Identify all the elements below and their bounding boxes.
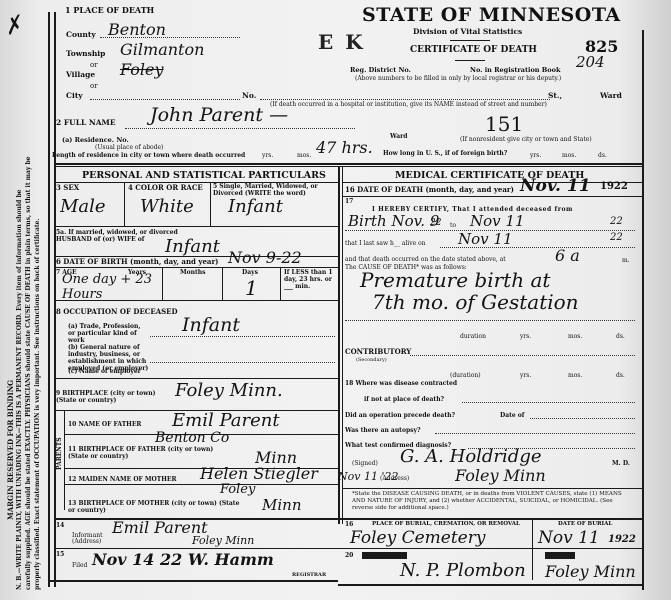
- secondary-label: (Secondary): [356, 357, 387, 364]
- filed-label: Filed: [72, 562, 87, 569]
- mother-birthplace-label: 13 BIRTHPLACE OF MOTHER (city or town) (…: [68, 500, 243, 514]
- margin-binding-note: MARGIN RESERVED FOR BINDING: [6, 380, 15, 520]
- mother-birthplace-city: Foley: [220, 482, 255, 497]
- rule: [54, 226, 338, 227]
- physician-address-value: Foley Minn: [455, 466, 546, 485]
- attended-to-value: Nov 11: [470, 212, 525, 230]
- undertaker-address-label: ADDRESS: [545, 552, 575, 559]
- father-birthplace-label: 11 BIRTHPLACE OF FATHER (city or town) (…: [68, 446, 228, 460]
- occupation-a-label: (a) Trade, Profession, or particular kin…: [68, 323, 143, 344]
- father-name-label: 10 NAME OF FATHER: [68, 421, 141, 428]
- mos-label: mos.: [568, 372, 582, 379]
- section-divider: [54, 166, 642, 167]
- division-title: Division of Vital Statistics: [413, 27, 522, 36]
- yrs-label: yrs.: [520, 333, 531, 340]
- rule: [342, 196, 642, 197]
- undertaker-label: UNDERTAKER: [362, 552, 407, 559]
- cause-of-death-line-1: Premature birth at: [360, 268, 550, 292]
- city-line: [90, 99, 240, 100]
- yrs-label: yrs.: [262, 152, 273, 159]
- residence-label: (a) Residence. No.: [62, 137, 129, 144]
- section-divider: [54, 163, 642, 165]
- informant-address-label: (Address): [72, 538, 101, 545]
- nonresident-note: (If nonresident give city or town and St…: [460, 136, 592, 143]
- contributory-line: [410, 355, 635, 356]
- county-label: County: [66, 30, 96, 39]
- margin-check-mark: ✗: [0, 12, 26, 42]
- ek-stamp: EK: [318, 30, 375, 54]
- rule: [54, 378, 338, 379]
- disease-contracted-label: 18 Where was disease contracted: [345, 380, 457, 387]
- death-time-value: 6 a: [555, 246, 580, 265]
- cell-divider: [532, 520, 533, 580]
- disease-contracted-line: [462, 402, 635, 403]
- cause-of-death-line-2: 7th mo. of Gestation: [372, 290, 579, 314]
- registration-book-number: 204: [576, 53, 605, 71]
- mos-label: mos.: [297, 152, 311, 159]
- cell-divider: [210, 182, 211, 226]
- contributory-label: CONTRIBUTORY: [345, 348, 411, 355]
- city-label: City: [66, 91, 83, 100]
- autopsy-label: Was there an autopsy?: [345, 427, 421, 434]
- hospital-note: (If death occurred in a hospital or inst…: [270, 101, 547, 108]
- mother-name-value: Helen Stiegler: [200, 464, 318, 483]
- rule: [54, 548, 642, 549]
- village-label: Village: [66, 70, 95, 79]
- operation-line: [530, 418, 635, 419]
- residence-sublabel: (Usual place of abode): [95, 144, 163, 151]
- dob-value: Nov 9-22: [228, 248, 302, 267]
- meridiem-label: m.: [622, 257, 630, 264]
- occupation-b-line: [150, 362, 335, 363]
- certificate-title: CERTIFICATE OF DEATH: [410, 45, 537, 55]
- operation-label: Did an operation precede death?: [345, 412, 455, 419]
- rule: [450, 40, 490, 41]
- rule: [342, 488, 642, 489]
- occupation-a-value: Infant: [182, 314, 240, 336]
- attended-from-year: 22: [430, 218, 441, 228]
- full-name-label: 2 FULL NAME: [56, 118, 116, 127]
- cause-line: [345, 320, 635, 321]
- street-line: [260, 99, 550, 100]
- date-of-death-label: 16 DATE OF DEATH (month, day, and year): [345, 186, 514, 193]
- cell-divider: [124, 182, 125, 226]
- occupation-label: 8 OCCUPATION OF DECEASED: [56, 308, 178, 315]
- county-value: Benton: [108, 20, 166, 39]
- or-label: or: [90, 82, 98, 90]
- number-label: No.: [242, 91, 256, 100]
- yrs-label: yrs.: [520, 372, 531, 379]
- spouse-value: Infant: [165, 236, 220, 257]
- rule: [64, 484, 338, 485]
- last-saw-label: that I last saw h__ alive on: [345, 240, 426, 247]
- reg-district-label: Reg. District No.: [350, 67, 411, 74]
- last-saw-value: Nov 11: [458, 230, 513, 248]
- rule: [342, 182, 642, 183]
- signed-label: (Signed): [352, 460, 378, 467]
- months-label: Months: [180, 269, 206, 276]
- birthplace-value: Foley Minn.: [175, 380, 283, 401]
- less-than-label: If LESS than 1 day, 23 hrs. or ___ min.: [284, 269, 336, 290]
- marital-label: 5 Single, Married, Widowed, or Divorced …: [213, 183, 337, 197]
- name-line: [125, 128, 355, 129]
- place-of-death-heading: 1 PLACE OF DEATH: [65, 5, 154, 15]
- reg-note: (Above numbers to be filled in only by l…: [355, 75, 561, 82]
- attended-from-value: Birth Nov. 9: [348, 212, 439, 230]
- margin-instructions-3: properly classified. Exact statement of …: [34, 218, 41, 590]
- margin-instructions-2: carefully supplied. AGE should be stated…: [25, 156, 32, 590]
- frame-right: [642, 30, 644, 590]
- filed-number: 15: [56, 551, 64, 558]
- frame-left-outer: [48, 12, 50, 587]
- cause-footnote: *State the DISEASE CAUSING DEATH, or in …: [352, 491, 634, 512]
- ds-label: ds.: [598, 152, 607, 159]
- duration-label: duration: [460, 333, 486, 340]
- burial-place-label: PLACE OF BURIAL, CREMATION, OR REMOVAL: [372, 521, 520, 528]
- sex-label: 3 SEX: [56, 184, 79, 191]
- mother-birthplace-state: Minn: [262, 496, 301, 514]
- parents-label: PARENTS: [56, 437, 63, 470]
- undertaker-address-value: Foley Minn: [545, 562, 636, 581]
- duration-label: (duration): [450, 372, 481, 379]
- ds-label: ds.: [616, 333, 625, 340]
- undertaker-signature: N. P. Plombon: [400, 560, 526, 581]
- mother-name-label: 12 MAIDEN NAME OF MOTHER: [68, 476, 176, 483]
- cell-divider: [280, 267, 281, 300]
- color-value: White: [140, 196, 194, 217]
- rule: [338, 584, 642, 586]
- physician-signature: G. A. Holdridge: [400, 446, 542, 467]
- item-17: 17: [345, 198, 353, 205]
- occupation-c-label: (c) Name of employer: [68, 368, 141, 375]
- date-of-death-year: 1922: [600, 181, 628, 192]
- marital-value: Infant: [228, 196, 283, 217]
- ds-label: ds.: [616, 372, 625, 379]
- rule: [54, 300, 338, 301]
- dob-label: 6 DATE OF BIRTH (month, day, and year): [56, 258, 218, 265]
- filed-value: Nov 14 22 W. Hamm: [92, 550, 274, 569]
- father-name-value: Emil Parent: [172, 410, 280, 431]
- name-number: 151: [485, 112, 523, 136]
- md-label: M. D.: [612, 460, 630, 467]
- parents-divider: [64, 410, 65, 510]
- last-saw-line: [440, 247, 635, 248]
- rule: [338, 518, 642, 520]
- date-of-death-value: Nov. 11: [520, 176, 591, 196]
- township-label: Township: [66, 49, 105, 58]
- rule: [54, 267, 338, 268]
- father-birthplace-county: Benton Co: [155, 430, 229, 446]
- full-name-value: John Parent —: [150, 104, 288, 126]
- operation-date-label: Date of: [500, 412, 524, 419]
- color-label: 4 COLOR OR RACE: [128, 184, 203, 191]
- us-residence-label: How long in U. S., if of foreign birth?: [383, 150, 507, 157]
- registrar-label: REGISTRAR: [292, 572, 326, 579]
- disease-contracted-sub: if not at place of death?: [364, 396, 444, 403]
- rule: [48, 580, 338, 582]
- autopsy-line: [435, 433, 635, 434]
- age-value: One day + 23 Hours: [62, 272, 172, 302]
- cell-divider: [222, 267, 223, 300]
- rule: [455, 60, 485, 61]
- sex-value: Male: [60, 196, 106, 217]
- mos-label: mos.: [568, 333, 582, 340]
- ward-label: Ward: [600, 91, 622, 100]
- undertaker-number: 20: [345, 552, 353, 559]
- village-value: Foley: [120, 60, 163, 79]
- burial-date-label: DATE OF BURIAL: [558, 521, 612, 528]
- attended-to-year: 22: [610, 216, 623, 227]
- state-title: STATE OF MINNESOTA: [362, 4, 621, 26]
- birthplace-label: 9 BIRTHPLACE (city or town) (State or co…: [56, 390, 176, 404]
- street-label: St.,: [548, 91, 562, 100]
- burial-date-value: Nov 11: [538, 528, 600, 548]
- death-certificate: MARGIN RESERVED FOR BINDING N. B.—WRITE …: [0, 0, 671, 600]
- residence-length-label: Length of residence in city or town wher…: [52, 152, 245, 159]
- mos-label: mos.: [562, 152, 576, 159]
- burial-date-year: 1922: [608, 534, 636, 545]
- informant-number: 14: [56, 522, 64, 529]
- residence-length-value: 47 hrs.: [316, 138, 373, 157]
- informant-address-value: Foley Minn: [192, 534, 254, 547]
- to-label: to: [450, 222, 456, 229]
- residence-ward-label: Ward: [390, 133, 407, 140]
- death-time-label: and that death occurred on the date stat…: [345, 256, 506, 263]
- margin-instructions-1: N. B.—WRITE PLAINLY, WITH UNFADING INK—T…: [16, 190, 23, 590]
- age-days-value: 1: [245, 276, 258, 300]
- physician-address-label: (Address): [380, 475, 409, 482]
- last-saw-year: 22: [610, 232, 623, 243]
- yrs-label: yrs.: [530, 152, 541, 159]
- burial-number: 16: [345, 521, 353, 528]
- reg-book-label: No. in Registration Book: [470, 67, 560, 74]
- occupation-a-line: [150, 336, 335, 337]
- personal-section-title: PERSONAL AND STATISTICAL PARTICULARS: [82, 170, 326, 181]
- days-label: Days: [242, 269, 258, 276]
- township-value: Gilmanton: [120, 40, 204, 59]
- or-label: or: [90, 61, 98, 69]
- burial-place-value: Foley Cemetery: [350, 528, 485, 548]
